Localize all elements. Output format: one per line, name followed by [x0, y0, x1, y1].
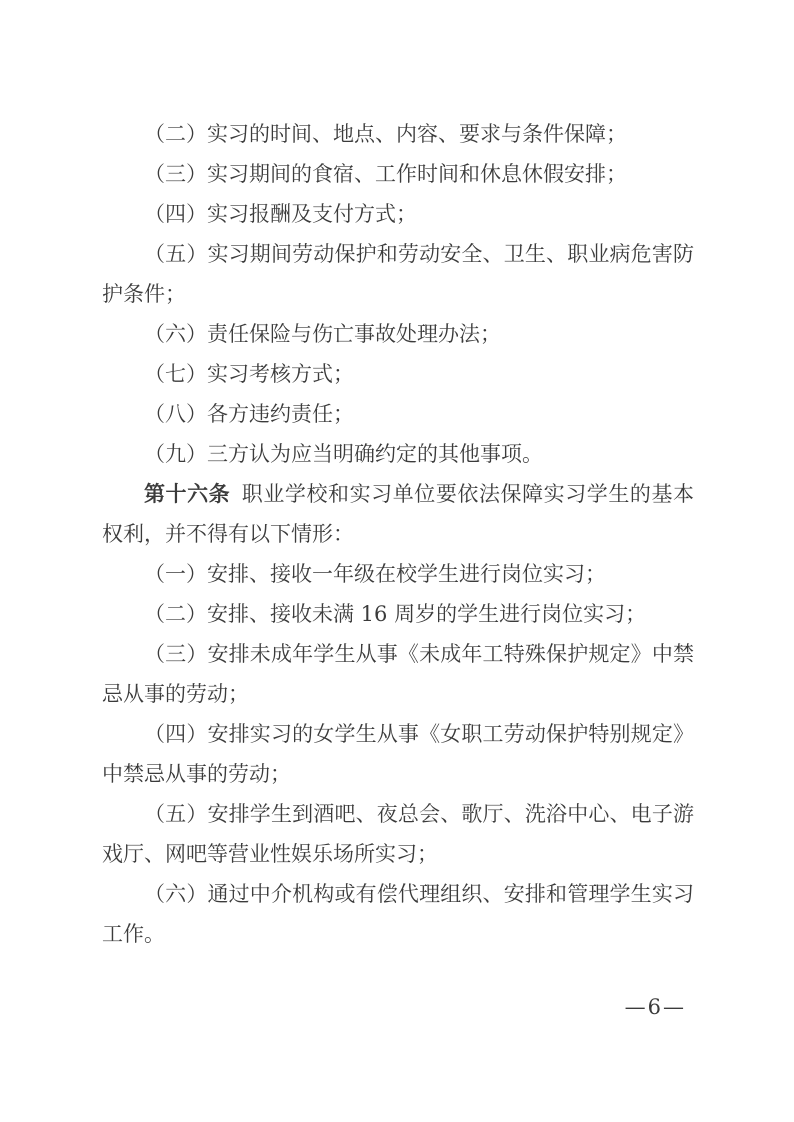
clause-item-5: （五）实习期间劳动保护和劳动安全、卫生、职业病危害防护条件；: [102, 234, 694, 314]
article-16-number-label: 第十六条: [144, 481, 230, 506]
prohibition-item-4: （四）安排实习的女学生从事《女职工劳动保护特别规定》中禁忌从事的劳动；: [102, 714, 694, 794]
clause-item-2: （二）实习的时间、地点、内容、要求与条件保障；: [102, 114, 694, 154]
clause-item-9: （九）三方认为应当明确约定的其他事项。: [102, 434, 694, 474]
prohibition-item-5: （五）安排学生到酒吧、夜总会、歌厅、洗浴中心、电子游戏厅、网吧等营业性娱乐场所实…: [102, 794, 694, 874]
clause-item-4: （四）实习报酬及支付方式；: [102, 194, 694, 234]
document-body: （二）实习的时间、地点、内容、要求与条件保障； （三）实习期间的食宿、工作时间和…: [102, 114, 694, 954]
document-page: （二）实习的时间、地点、内容、要求与条件保障； （三）实习期间的食宿、工作时间和…: [0, 0, 794, 1122]
clause-item-6: （六）责任保险与伤亡事故处理办法；: [102, 314, 694, 354]
paragraph-article-16: 第十六条职业学校和实习单位要依法保障实习学生的基本权利，并不得有以下情形：: [102, 474, 694, 554]
prohibition-item-1: （一）安排、接收一年级在校学生进行岗位实习；: [102, 554, 694, 594]
clause-item-7: （七）实习考核方式；: [102, 354, 694, 394]
prohibition-item-3: （三）安排未成年学生从事《未成年工特殊保护规定》中禁忌从事的劳动；: [102, 634, 694, 714]
clause-item-8: （八）各方违约责任；: [102, 394, 694, 434]
clause-item-3: （三）实习期间的食宿、工作时间和休息休假安排；: [102, 154, 694, 194]
prohibition-item-6: （六）通过中介机构或有偿代理组织、安排和管理学生实习工作。: [102, 874, 694, 954]
prohibition-item-2: （二）安排、接收未满 16 周岁的学生进行岗位实习；: [102, 594, 694, 634]
page-number: —6—: [625, 992, 686, 1022]
